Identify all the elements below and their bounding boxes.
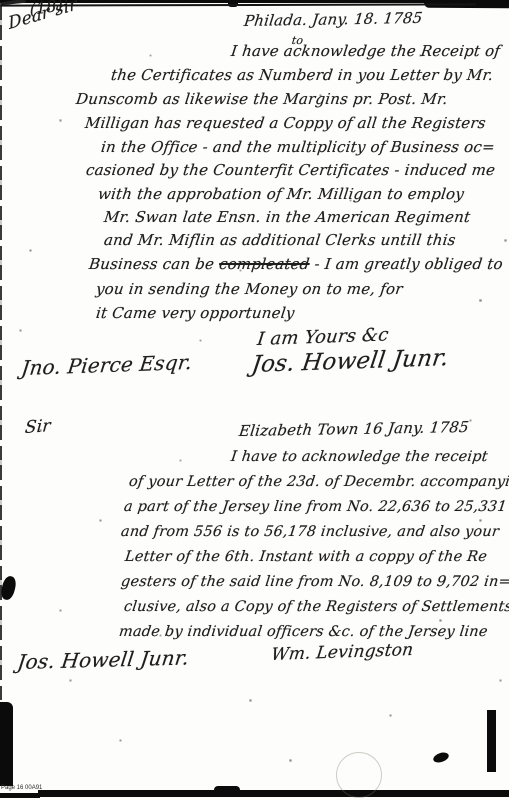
manuscript-line: a part of the Jersey line from No. 22,63…	[123, 499, 508, 515]
letter2-addressee: Jos. Howell Junr.	[16, 645, 191, 674]
manuscript-line: I have to acknowledge the receipt	[230, 449, 489, 465]
scan-edge-bottom-left	[0, 793, 40, 798]
scan-footer-code: Page 16 00A91	[1, 785, 42, 791]
scan-edge-bottom	[38, 790, 509, 797]
manuscript-line: in the Office - and the multiplicity of …	[100, 138, 496, 156]
scan-edge-right	[487, 710, 496, 772]
letter-divider-rule	[0, 3, 476, 6]
manuscript-line: and from 556 is to 56,178 inclusive, and…	[120, 524, 500, 540]
manuscript-line: Mr. Swan late Ensn. in the American Regi…	[103, 208, 471, 226]
manuscript-line: with the approbation of Mr. Milligan to …	[97, 185, 465, 203]
manuscript-line: gesters of the said line from No. 8,109 …	[120, 574, 509, 590]
manuscript-line: of your Letter of the 23d. of Decembr. a…	[128, 474, 509, 490]
manuscript-line: it Came very opportunely	[95, 304, 296, 322]
manuscript-line: casioned by the Counterfit Certificates …	[85, 161, 496, 179]
struck-word: compleated	[218, 255, 311, 273]
manuscript-line: I have acknowledge the Receipt of	[230, 42, 501, 60]
letter2-salutation: Sir	[24, 416, 52, 438]
line-text: - I am greatly obliged to	[309, 255, 504, 273]
ink-blot-bottom	[432, 751, 450, 765]
letter2-signature: Wm. Levingston	[270, 640, 415, 665]
ink-blot-left	[0, 575, 18, 601]
letter2-dateline: Elizabeth Town 16 Jany. 1785	[238, 418, 470, 440]
letter1-signature: Jos. Howell Junr.	[250, 345, 450, 378]
manuscript-line: the Certificates as Numberd in you Lette…	[110, 66, 494, 84]
letter1-addressee: Jno. Pierce Esqr.	[20, 350, 194, 380]
manuscript-line: and Mr. Miflin as additional Clerks unti…	[103, 231, 457, 249]
paper-speckles	[0, 0, 1, 1]
scanned-letter-page: (18) Dear sir Philada. Jany. 18. 1785 to…	[0, 0, 509, 800]
scan-corner-bottom-left	[0, 702, 13, 786]
manuscript-line: made by individual officers &c. of the J…	[118, 624, 489, 640]
line-text: Business can be	[88, 255, 220, 273]
manuscript-line: Milligan has requested a Coppy of all th…	[84, 114, 487, 132]
embossed-seal-circle	[336, 752, 382, 798]
manuscript-line: you in sending the Money on to me, for	[95, 280, 404, 298]
manuscript-line: clusive, also a Copy of the Registers of…	[123, 599, 509, 615]
letter1-dateline: Philada. Jany. 18. 1785	[243, 9, 424, 30]
scan-edge-bump	[214, 786, 240, 793]
letter1-closing: I am Yours &c	[256, 324, 390, 350]
manuscript-line: Dunscomb as likewise the Margins pr. Pos…	[75, 90, 449, 108]
manuscript-line: Letter of the 6th. Instant with a coppy …	[124, 549, 488, 565]
manuscript-line-struck: Business can be compleated - I am greatl…	[88, 255, 504, 273]
